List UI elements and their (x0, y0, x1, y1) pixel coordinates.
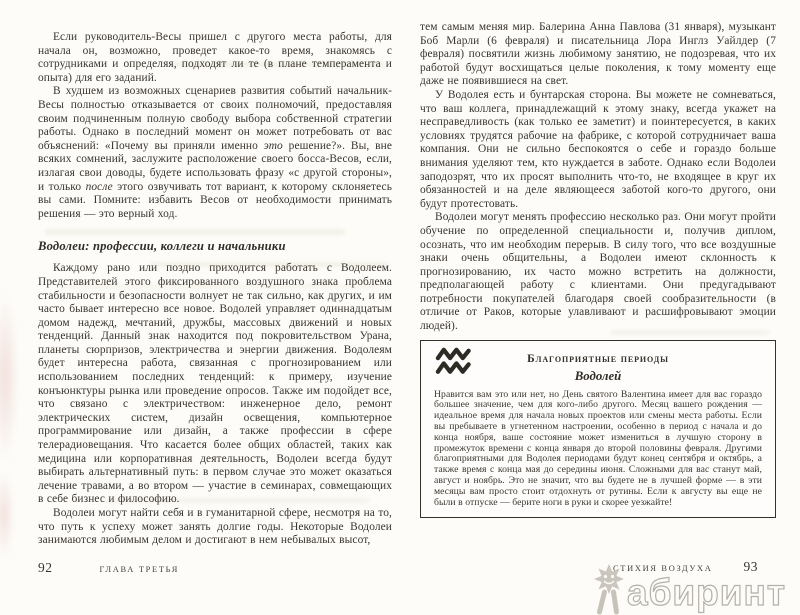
aquarius-icon (435, 346, 472, 382)
right-page: тем самым меняя мир. Балерина Анна Павло… (420, 21, 776, 518)
box-title: Благоприятные периоды (434, 353, 762, 365)
star-head (594, 564, 624, 594)
paragraph: Если руководитель-Весы пришел с другого … (38, 31, 392, 85)
box-body-text: Нравится вам это или нет, но День святог… (434, 390, 762, 509)
page-number: 92 (38, 560, 53, 576)
box-subtitle: Водолей (434, 369, 762, 384)
left-page-footer: 92 ГЛАВА ТРЕТЬЯ (38, 560, 179, 576)
smudge-artifact (0, 290, 19, 465)
section-heading: Водолеи: профессии, коллеги и начальники (38, 239, 392, 254)
smudge-artifact (0, 470, 14, 560)
paragraph: Водолеи могут менять профессию несколько… (420, 211, 776, 333)
labirint-watermark: абиринт (585, 563, 786, 615)
italic-text-segment: после (86, 181, 113, 193)
paragraph: Каждому рано или поздно приходится работ… (38, 262, 392, 507)
favorable-periods-box: Благоприятные периоды Водолей Нравится в… (420, 340, 776, 519)
watermark-text: абиринт (627, 573, 786, 613)
running-head-chapter: ГЛАВА ТРЕТЬЯ (100, 565, 180, 574)
left-page: Если руководитель-Весы пришел с другого … (38, 31, 392, 548)
paragraph: Водолеи могут найти себя и в гуманитарно… (38, 507, 392, 548)
paragraph: У Водолея есть и бунтарская сторона. Вы … (420, 89, 776, 211)
italic-text-segment: это (264, 140, 283, 152)
paragraph: В худшем из возможных сценариев развития… (38, 85, 392, 221)
paragraph: тем самым меняя мир. Балерина Анна Павло… (420, 21, 776, 89)
